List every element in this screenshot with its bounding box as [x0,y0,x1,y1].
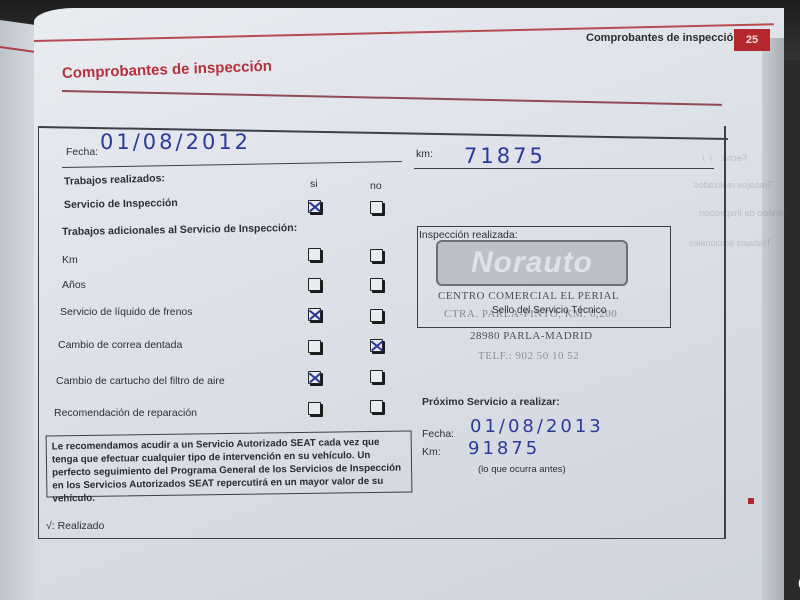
anos-no-checkbox[interactable] [370,278,383,291]
sello-label: Sello del Servicio Técnico [492,305,606,316]
km-label: km: [416,148,433,160]
item-label-liquido-frenos: Servicio de líquido de frenos [60,306,193,318]
proximo-km-label: Km: [422,446,441,458]
section-title: Comprobantes de inspección [62,58,273,82]
km-no-checkbox[interactable] [370,249,383,262]
fecha-label: Fecha: [66,146,98,158]
page-edge [762,38,784,600]
workshop-stamp-logo: Norauto [436,240,628,286]
recomendacion-no-checkbox[interactable] [370,400,383,413]
anos-si-checkbox[interactable] [308,278,321,291]
filtro-aire-si-checkbox[interactable] [308,371,321,384]
servicio-inspeccion-no-checkbox[interactable] [370,201,383,214]
proximo-servicio-label: Próximo Servicio a realizar: [422,396,560,408]
proximo-km-value[interactable]: 91875 [468,438,540,459]
notice-box: Le recomendamos acudir a un Servicio Aut… [46,430,413,497]
item-label-km: Km [62,254,78,266]
km-si-checkbox[interactable] [308,248,321,261]
km-underline [414,168,714,169]
servicio-inspeccion-si-checkbox[interactable] [308,200,321,213]
running-head: Comprobantes de inspección [586,32,740,44]
stamp-line-1: CENTRO COMERCIAL EL PERIAL [438,290,619,302]
page-number-badge: 25 [734,29,770,51]
item-label-correa-dentada: Cambio de correa dentada [58,339,182,351]
stamp-line-3: 28980 PARLA-MADRID [470,330,593,342]
correa-dentada-si-checkbox[interactable] [308,340,321,353]
km-value[interactable]: 71875 [464,144,546,168]
correa-dentada-no-checkbox[interactable] [370,339,383,352]
filtro-aire-no-checkbox[interactable] [370,370,383,383]
item-label-filtro-aire: Cambio de cartucho del filtro de aire [56,375,225,387]
booklet-page: Comprobantes de inspección 25 Comprobant… [34,8,784,600]
end-marker [748,498,754,504]
legend-realizado: √: Realizado [46,520,104,532]
liquido-frenos-no-checkbox[interactable] [370,309,383,322]
proximo-fecha-label: Fecha: [422,428,454,440]
title-rule [62,90,722,106]
col-no-header: no [370,180,382,192]
fecha-value[interactable]: 01/08/2012 [100,130,251,154]
proximo-fecha-value[interactable]: 01/08/2013 [470,416,604,437]
recomendacion-si-checkbox[interactable] [308,402,321,415]
notice-text: Le recomendamos acudir a un Servicio Aut… [52,436,409,506]
col-si-header: si [310,178,318,190]
item-label-anos: Años [62,279,86,291]
liquido-frenos-si-checkbox[interactable] [308,308,321,321]
proximo-note: (lo que ocurra antes) [478,464,566,475]
stamp-line-4: TELF.: 902 50 10 52 [478,350,579,362]
form-right-border [724,126,726,538]
item-label-recomendacion: Recomendación de reparación [54,407,197,419]
servicio-inspeccion-label: Servicio de Inspección [64,197,178,211]
